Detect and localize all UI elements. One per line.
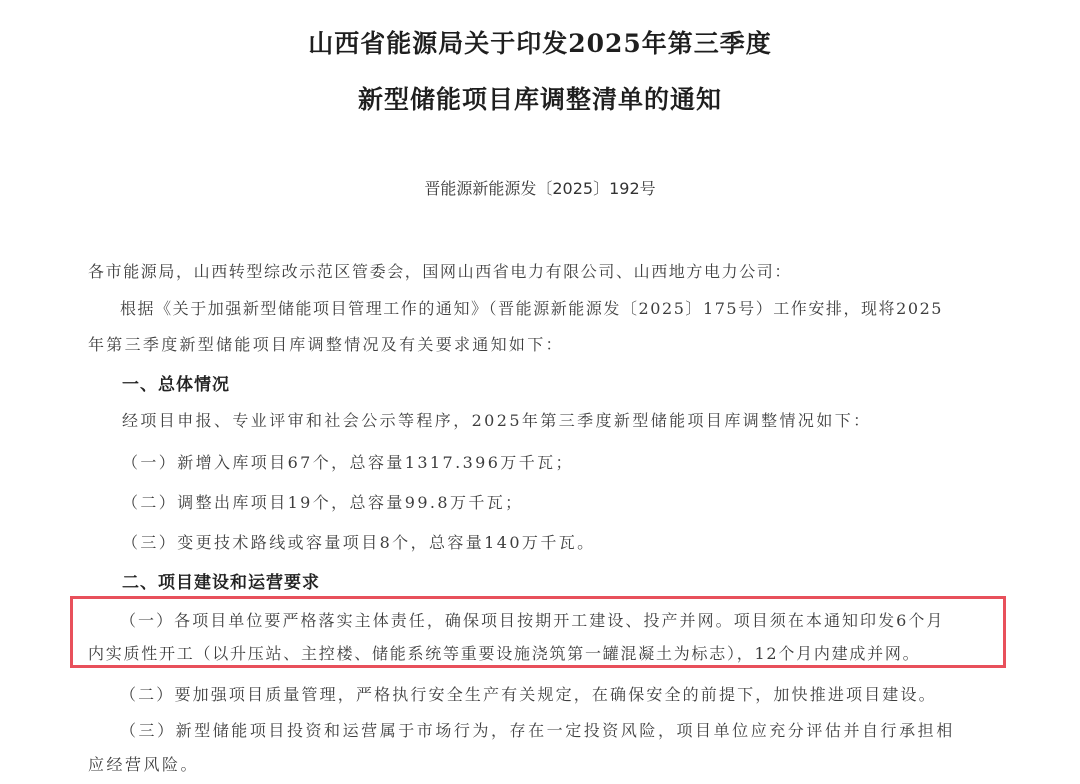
- section2-item1-line-2: 内实质性开工（以升压站、主控楼、储能系统等重要设施浇筑第一罐混凝土为标志），12…: [88, 641, 920, 664]
- document-number: 晋能源新能源发〔2025〕192号: [0, 176, 1080, 199]
- section2-item2: （二）要加强项目质量管理，严格执行安全生产有关规定，在确保安全的前提下，加快推进…: [120, 682, 937, 705]
- section2-item1-line-1: （一）各项目单位要严格落实主体责任，确保项目按期开工建设、投产并网。项目须在本通…: [120, 608, 944, 631]
- section2-item3-line-2: 应经营风险。: [88, 752, 199, 775]
- addressee: 各市能源局，山西转型综改示范区管委会，国网山西省电力有限公司、山西地方电力公司：: [88, 259, 792, 282]
- document-title-line-1: 山西省能源局关于印发2025年第三季度: [0, 24, 1080, 60]
- section1-item-changed: （三）变更技术路线或容量项目8个，总容量140万千瓦。: [122, 530, 596, 553]
- section-heading-requirements: 二、项目建设和运营要求: [122, 568, 320, 593]
- section1-item-removed: （二）调整出库项目19个，总容量99.8万千瓦；: [122, 490, 524, 513]
- section1-item-new: （一）新增入库项目67个，总容量1317.396万千瓦；: [122, 450, 574, 473]
- section-heading-overview: 一、总体情况: [122, 370, 230, 395]
- document-title-line-2: 新型储能项目库调整清单的通知: [0, 80, 1080, 116]
- section2-item3-line-1: （三）新型储能项目投资和运营属于市场行为，存在一定投资风险，项目单位应充分评估并…: [120, 718, 955, 741]
- intro-paragraph-line-2: 年第三季度新型储能项目库调整情况及有关要求通知如下：: [88, 332, 564, 355]
- section1-intro: 经项目申报、专业评审和社会公示等程序，2025年第三季度新型储能项目库调整情况如…: [122, 408, 872, 431]
- intro-paragraph-line-1: 根据《关于加强新型储能项目管理工作的通知》（晋能源新能源发〔2025〕175号）…: [120, 296, 943, 319]
